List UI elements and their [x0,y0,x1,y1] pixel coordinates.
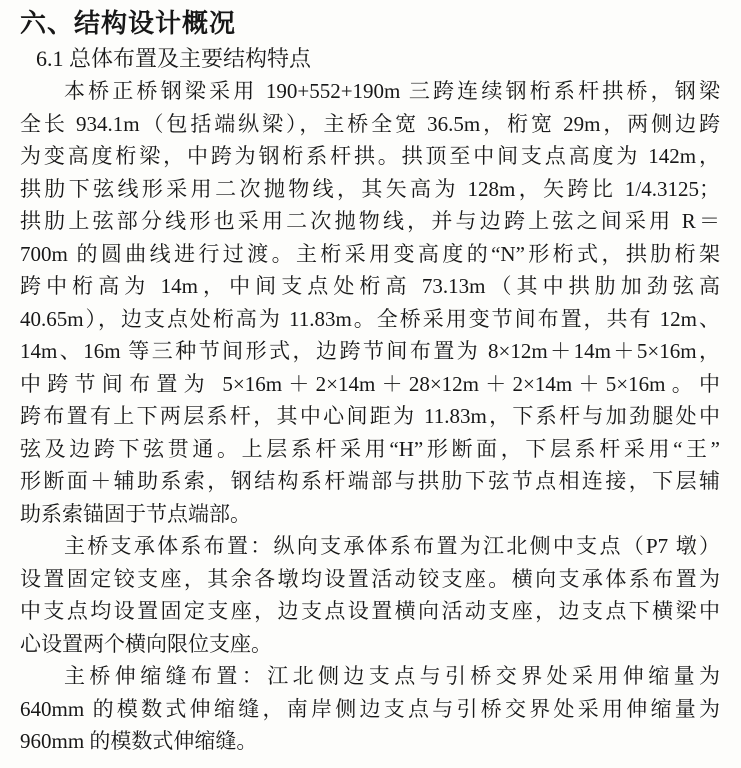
text-line: 跨中桁高为 14m，中间支点处桁高 73.13m（其中拱肋加劲弦高 [20,270,720,303]
text-line: 助系索锚固于节点端部。 [20,498,720,531]
text-line: 本桥正桥钢梁采用 190+552+190m 三跨连续钢桁系杆拱桥，钢梁 [20,75,720,108]
subsection-heading: 6.1 总体布置及主要结构特点 [20,43,720,75]
text-line: 960mm 的模数式伸缩缝。 [20,725,720,758]
document-page: 六、结构设计概况 6.1 总体布置及主要结构特点 本桥正桥钢梁采用 190+55… [0,0,741,768]
text-line: 全长 934.1m（包括端纵梁），主桥全宽 36.5m，桁宽 29m，两侧边跨 [20,108,720,141]
text-line: 主桥支承体系布置：纵向支承体系布置为江北侧中支点（P7 墩） [20,530,720,563]
text-line: 640mm 的模数式伸缩缝，南岸侧边支点与引桥交界处采用伸缩量为 [20,693,720,726]
text-line: 心设置两个横向限位支座。 [20,628,720,661]
section-heading: 六、结构设计概况 [20,5,720,43]
text-line: 弦及边跨下弦贯通。上层系杆采用“H”形断面，下层系杆采用“王” [20,433,720,466]
text-line: 40.65m），边支点处桁高为 11.83m。全桥采用变节间布置，共有 12m、 [20,303,720,336]
text-line: 为变高度桁梁，中跨为钢桁系杆拱。拱顶至中间支点高度为 142m， [20,140,720,173]
text-line: 形断面＋辅助系索，钢结构系杆端部与拱肋下弦节点相连接，下层辅 [20,465,720,498]
text-line: 中跨节间布置为 5×16m＋2×14m＋28×12m＋2×14m＋5×16m。中 [20,368,720,401]
text-line: 主桥伸缩缝布置：江北侧边支点与引桥交界处采用伸缩量为 [20,660,720,693]
text-line: 700m 的圆曲线进行过渡。主桁采用变高度的“N”形桁式，拱肋桁架 [20,238,720,271]
text-line: 拱肋下弦线形采用二次抛物线，其矢高为 128m，矢跨比 1/4.3125； [20,173,720,206]
text-line: 拱肋上弦部分线形也采用二次抛物线，并与边跨上弦之间采用 R＝ [20,205,720,238]
text-line: 14m、16m 等三种节间形式，边跨节间布置为 8×12m＋14m＋5×16m， [20,335,720,368]
text-line: 跨布置有上下两层系杆，其中心间距为 11.83m，下系杆与加劲腿处中 [20,400,720,433]
text-line: 中支点均设置固定支座，边支点设置横向活动支座，边支点下横梁中 [20,595,720,628]
text-line: 设置固定铰支座，其余各墩均设置活动铰支座。横向支承体系布置为 [20,563,720,596]
